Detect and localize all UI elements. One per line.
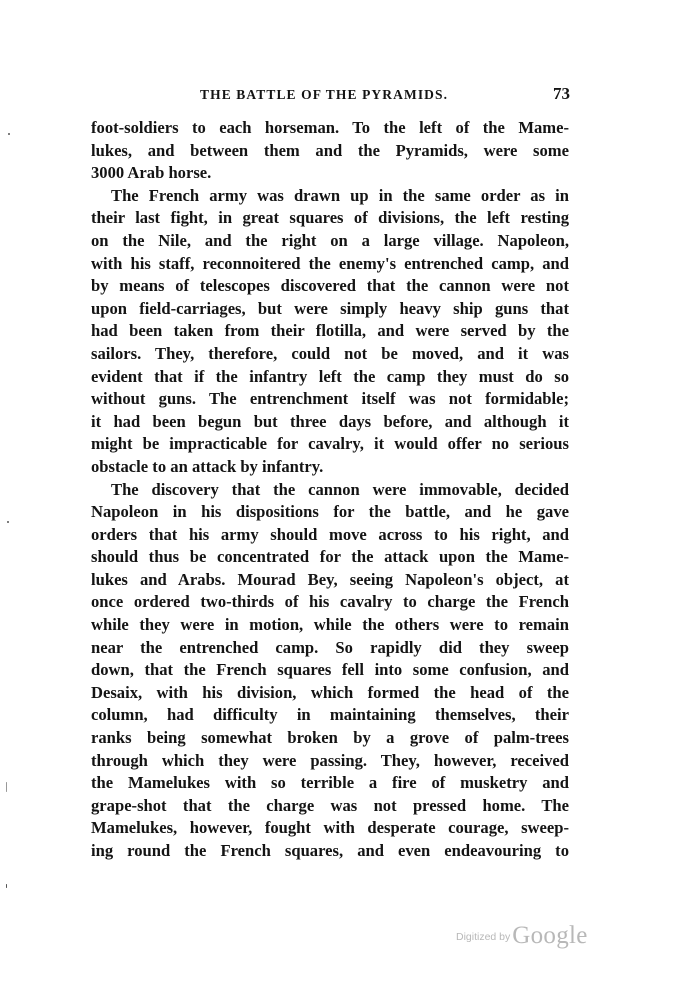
- margin-speck: [7, 521, 9, 523]
- margin-speck: [6, 884, 7, 888]
- margin-speck: [6, 782, 7, 792]
- text-line: with his staff, reconnoitered the enemy'…: [91, 253, 569, 276]
- running-title: THE BATTLE OF THE PYRAMIDS.: [200, 87, 448, 103]
- text-line: grape-shot that the charge was not press…: [91, 795, 569, 818]
- text-line: foot-soldiers to each horseman. To the l…: [91, 117, 569, 140]
- text-line: on the Nile, and the right on a large vi…: [91, 230, 569, 253]
- text-line: obstacle to an attack by infantry.: [91, 456, 569, 479]
- margin-speck: [8, 133, 10, 135]
- text-line: without guns. The entrenchment itself wa…: [91, 388, 569, 411]
- text-line: down, that the French squares fell into …: [91, 659, 569, 682]
- text-line: had been taken from their flotilla, and …: [91, 320, 569, 343]
- digitized-by-google-watermark: Digitized byGoogle: [456, 922, 588, 950]
- text-line: The French army was drawn up in the same…: [91, 185, 569, 208]
- text-line: while they were in motion, while the oth…: [91, 614, 569, 637]
- text-line: evident that if the infantry left the ca…: [91, 366, 569, 389]
- page-number: 73: [553, 84, 570, 104]
- text-line: should thus be concentrated for the atta…: [91, 546, 569, 569]
- text-line: ing round the French squares, and even e…: [91, 840, 569, 863]
- body-text: foot-soldiers to each horseman. To the l…: [91, 117, 569, 863]
- watermark-prefix: Digitized by: [456, 931, 510, 943]
- text-line: it had been begun but three days before,…: [91, 411, 569, 434]
- text-line: column, had difficulty in maintaining th…: [91, 704, 569, 727]
- text-line: sailors. They, therefore, could not be m…: [91, 343, 569, 366]
- text-line: lukes, and between them and the Pyramids…: [91, 140, 569, 163]
- running-head: THE BATTLE OF THE PYRAMIDS. 73: [200, 84, 570, 106]
- text-line: by means of telescopes discovered that t…: [91, 275, 569, 298]
- text-line: orders that his army should move across …: [91, 524, 569, 547]
- text-line: Desaix, with his division, which formed …: [91, 682, 569, 705]
- text-line: through which they were passing. They, h…: [91, 750, 569, 773]
- text-line: Mamelukes, however, fought with desperat…: [91, 817, 569, 840]
- text-line: the Mamelukes with so terrible a fire of…: [91, 772, 569, 795]
- text-line: The discovery that the cannon were immov…: [91, 479, 569, 502]
- book-page: THE BATTLE OF THE PYRAMIDS. 73 foot-sold…: [0, 0, 691, 1000]
- text-line: near the entrenched camp. So rapidly did…: [91, 637, 569, 660]
- text-line: their last fight, in great squares of di…: [91, 207, 569, 230]
- text-line: Napoleon in his dispositions for the bat…: [91, 501, 569, 524]
- text-line: once ordered two-thirds of his cavalry t…: [91, 591, 569, 614]
- text-line: 3000 Arab horse.: [91, 162, 569, 185]
- google-logo-text: Google: [512, 922, 587, 949]
- text-line: ranks being somewhat broken by a grove o…: [91, 727, 569, 750]
- text-line: lukes and Arabs. Mourad Bey, seeing Napo…: [91, 569, 569, 592]
- text-line: upon field-carriages, but were simply he…: [91, 298, 569, 321]
- text-line: might be impracticable for cavalry, it w…: [91, 433, 569, 456]
